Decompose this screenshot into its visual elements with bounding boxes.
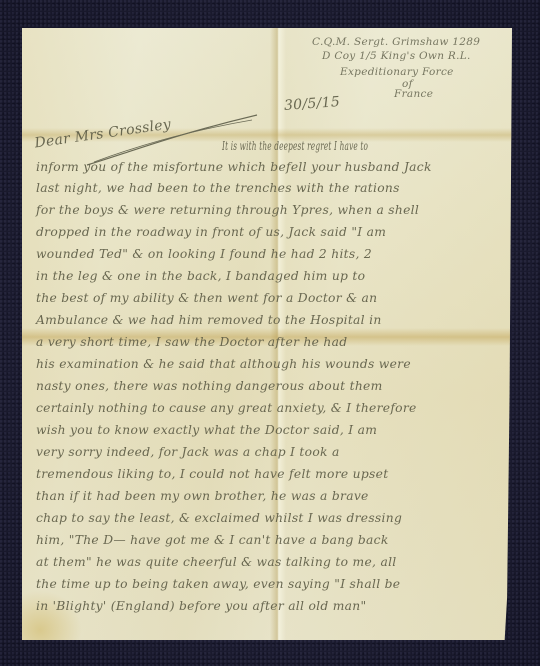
body-line: Ambulance & we had him removed to the Ho…	[36, 312, 498, 327]
address-line: France	[394, 88, 433, 100]
body-line: a very short time, I saw the Doctor afte…	[36, 334, 498, 349]
body-line: than if it had been my own brother, he w…	[36, 488, 498, 503]
body-line: at them" he was quite cheerful & was tal…	[36, 554, 498, 569]
body-line: It is with the deepest regret I have to	[222, 138, 498, 153]
salutation: Dear Mrs Crossley	[34, 116, 173, 151]
body-line: his examination & he said that although …	[36, 356, 498, 371]
address-line: D Coy 1/5 King's Own R.L.	[322, 50, 471, 62]
body-line: chap to say the least, & exclaimed whils…	[36, 510, 498, 525]
body-line: dropped in the roadway in front of us, J…	[36, 224, 498, 239]
body-line: him, "The D— have got me & I can't have …	[36, 532, 498, 547]
letter-paper: C.Q.M. Sergt. Grimshaw 1289 D Coy 1/5 Ki…	[22, 28, 512, 640]
body-line: very sorry indeed, for Jack was a chap I…	[36, 444, 498, 459]
body-line: for the boys & were returning through Yp…	[36, 202, 498, 217]
body-line: the best of my ability & then went for a…	[36, 290, 498, 305]
body-line: wounded Ted" & on looking I found he had…	[36, 246, 498, 261]
letter-date: 30/5/15	[284, 94, 341, 114]
body-line: wish you to know exactly what the Doctor…	[36, 422, 498, 437]
address-line: C.Q.M. Sergt. Grimshaw 1289	[312, 36, 480, 48]
body-line: tremendous liking to, I could not have f…	[36, 466, 498, 481]
body-line: nasty ones, there was nothing dangerous …	[36, 378, 498, 393]
address-line: Expeditionary Force	[340, 66, 454, 78]
body-line: inform you of the misfortune which befel…	[36, 159, 498, 174]
body-line: in 'Blighty' (England) before you after …	[36, 598, 498, 613]
body-line: the time up to being taken away, even sa…	[36, 576, 498, 591]
body-line: in the leg & one in the back, I bandaged…	[36, 268, 498, 283]
body-line: certainly nothing to cause any great anx…	[36, 400, 498, 415]
body-line: last night, we had been to the trenches …	[36, 180, 498, 195]
